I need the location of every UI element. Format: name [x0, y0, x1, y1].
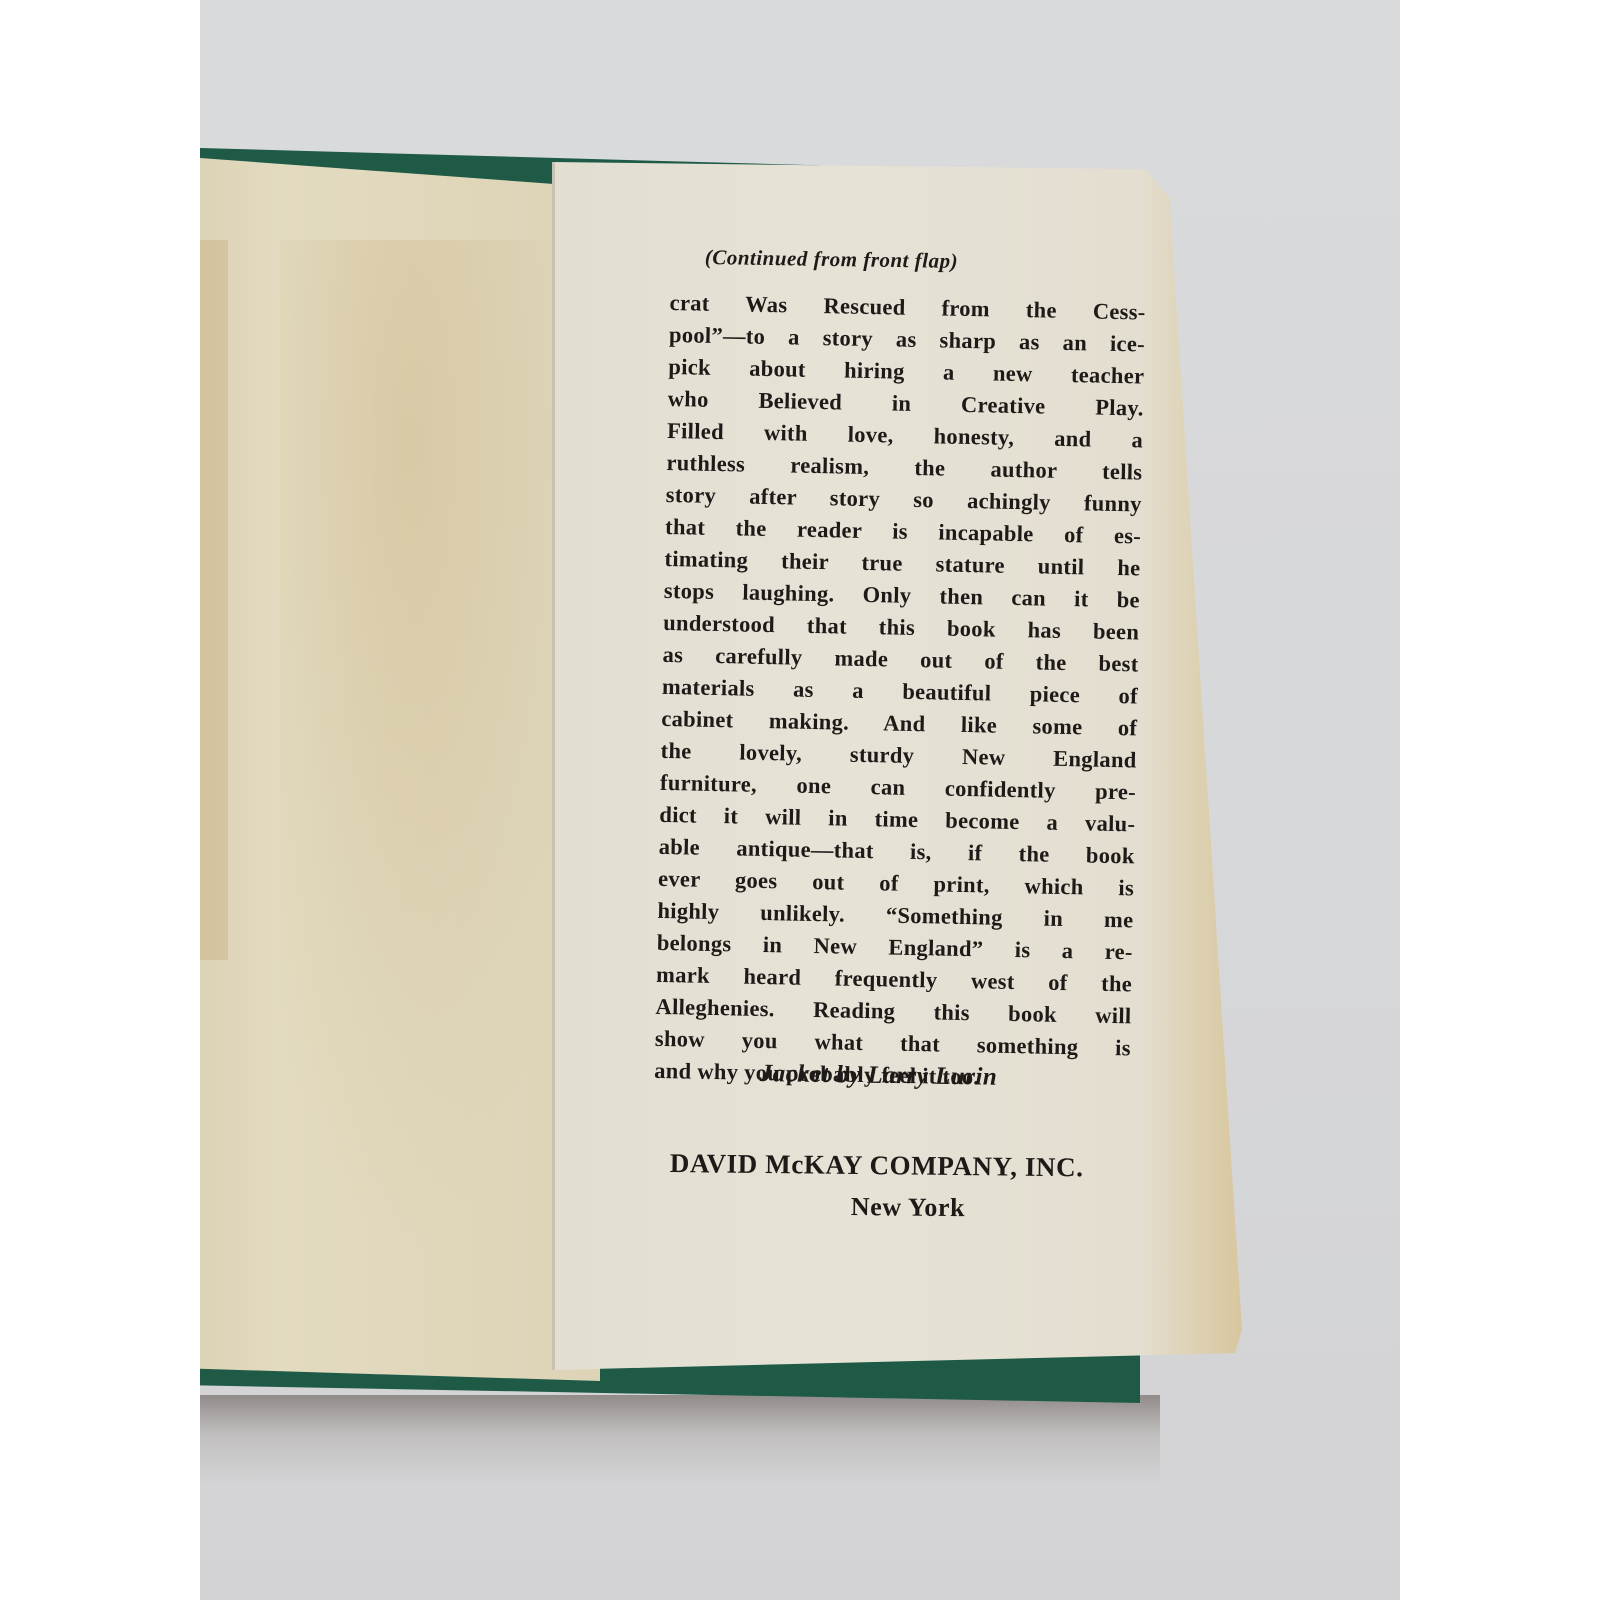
publisher-name: DAVID McKAY COMPANY, INC. — [670, 1148, 1084, 1183]
flap-body: crat Was Rescued from the Cess-pool”—to … — [654, 287, 1146, 1096]
jacket-credit: Jacket by Larry Lurin — [760, 1060, 998, 1092]
jacket-flap-edge — [552, 162, 555, 1370]
endpaper-stain-edge — [200, 240, 228, 960]
book-photo: (Continued from front flap) crat Was Res… — [200, 0, 1400, 1600]
book-shadow — [200, 1395, 1160, 1485]
publisher-city: New York — [851, 1192, 966, 1223]
flap-heading: (Continued from front flap) — [705, 245, 959, 274]
